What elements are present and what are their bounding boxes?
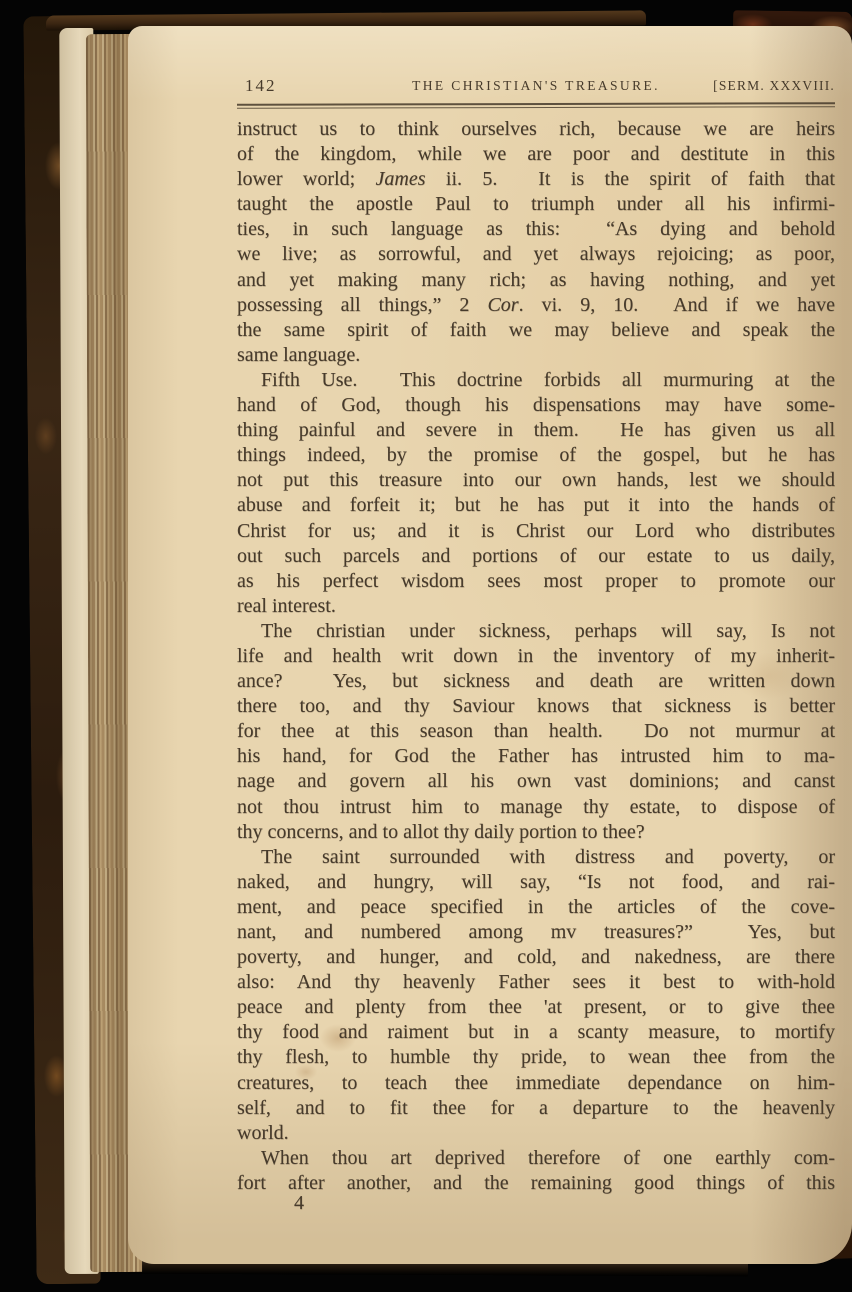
text-line: The saint surrounded with distress and p… bbox=[237, 845, 835, 870]
text-line: his hand, for God the Father has intrust… bbox=[237, 744, 835, 769]
text-line: things indeed, by the promise of the gos… bbox=[237, 443, 835, 468]
paragraph: When thou art deprived therefore of one … bbox=[237, 1146, 835, 1196]
text-line: out such parcels and portions of our est… bbox=[237, 544, 835, 569]
text-line: world. bbox=[237, 1121, 835, 1146]
text-line: and yet making many rich; as having noth… bbox=[237, 268, 835, 293]
text-line: thing painful and severe in them. He has… bbox=[237, 418, 835, 443]
text-line: there too, and thy Saviour knows that si… bbox=[237, 694, 835, 719]
text-line: taught the apostle Paul to triumph under… bbox=[237, 192, 835, 217]
text-line: ties, in such language as this: “As dyin… bbox=[237, 217, 835, 242]
text-line: not put this treasure into our own hands… bbox=[237, 468, 835, 493]
page-header: 142 THE CHRISTIAN'S TREASURE. [SERM. XXX… bbox=[237, 74, 835, 98]
text-line: Fifth Use. This doctrine forbids all mur… bbox=[237, 368, 835, 393]
text-line: we live; as sorrowful, and yet always re… bbox=[237, 242, 835, 267]
text-line: lower world; James ii. 5. It is the spir… bbox=[237, 167, 835, 192]
text-line: of the kingdom, while we are poor and de… bbox=[237, 142, 835, 167]
text-line: instruct us to think ourselves rich, bec… bbox=[237, 117, 835, 142]
text-line: thy concerns, and to allot thy daily por… bbox=[237, 820, 835, 845]
text-line: ance? Yes, but sickness and death are wr… bbox=[237, 669, 835, 694]
text-line: the same spirit of faith we may believe … bbox=[237, 318, 835, 343]
signature-mark: 4 bbox=[294, 1192, 304, 1215]
text-line: peace and plenty from thee 'at present, … bbox=[237, 995, 835, 1020]
paragraph: instruct us to think ourselves rich, bec… bbox=[237, 117, 835, 368]
printed-text-block: 142 THE CHRISTIAN'S TREASURE. [SERM. XXX… bbox=[237, 74, 835, 1196]
text-line: thy flesh, to humble thy pride, to wean … bbox=[237, 1045, 835, 1070]
header-double-rule bbox=[237, 102, 835, 109]
text-line: thy food and raiment but in a scanty mea… bbox=[237, 1020, 835, 1045]
text-line: life and health writ down in the invento… bbox=[237, 644, 835, 669]
text-line: self, and to fit thee for a departure to… bbox=[237, 1096, 835, 1121]
text-line: abuse and forfeit it; but he has put it … bbox=[237, 493, 835, 518]
text-line: Christ for us; and it is Christ our Lord… bbox=[237, 519, 835, 544]
text-line: nage and govern all his own vast dominio… bbox=[237, 769, 835, 794]
text-line: as his perfect wisdom sees most proper t… bbox=[237, 569, 835, 594]
text-line: possessing all things,” 2 Cor. vi. 9, 10… bbox=[237, 293, 835, 318]
text-line: The christian under sickness, perhaps wi… bbox=[237, 619, 835, 644]
running-title: THE CHRISTIAN'S TREASURE. bbox=[412, 78, 660, 94]
text-line: for thee at this season than health. Do … bbox=[237, 719, 835, 744]
text-line: creatures, to teach thee immediate depen… bbox=[237, 1071, 835, 1096]
text-line: same language. bbox=[237, 343, 835, 368]
text-line: hand of God, though his dispensations ma… bbox=[237, 393, 835, 418]
text-line: also: And thy heavenly Father sees it be… bbox=[237, 970, 835, 995]
paragraph: Fifth Use. This doctrine forbids all mur… bbox=[237, 368, 835, 619]
body-text: instruct us to think ourselves rich, bec… bbox=[237, 117, 835, 1196]
section-label: [SERM. XXXVIII. bbox=[713, 78, 835, 94]
text-line: fort after another, and the remaining go… bbox=[237, 1171, 835, 1196]
text-line: poverty, and hunger, and cold, and naked… bbox=[237, 945, 835, 970]
text-line: real interest. bbox=[237, 594, 835, 619]
text-line: When thou art deprived therefore of one … bbox=[237, 1146, 835, 1171]
text-line: naked, and hungry, will say, “Is not foo… bbox=[237, 870, 835, 895]
text-line: ment, and peace specified in the article… bbox=[237, 895, 835, 920]
book-photograph: 142 THE CHRISTIAN'S TREASURE. [SERM. XXX… bbox=[0, 0, 852, 1292]
paragraph: The christian under sickness, perhaps wi… bbox=[237, 619, 835, 845]
paragraph: The saint surrounded with distress and p… bbox=[237, 845, 835, 1146]
page-number: 142 bbox=[245, 76, 277, 96]
text-line: nant, and numbered among mv treasures?” … bbox=[237, 920, 835, 945]
text-line: not thou intrust him to manage thy estat… bbox=[237, 795, 835, 820]
